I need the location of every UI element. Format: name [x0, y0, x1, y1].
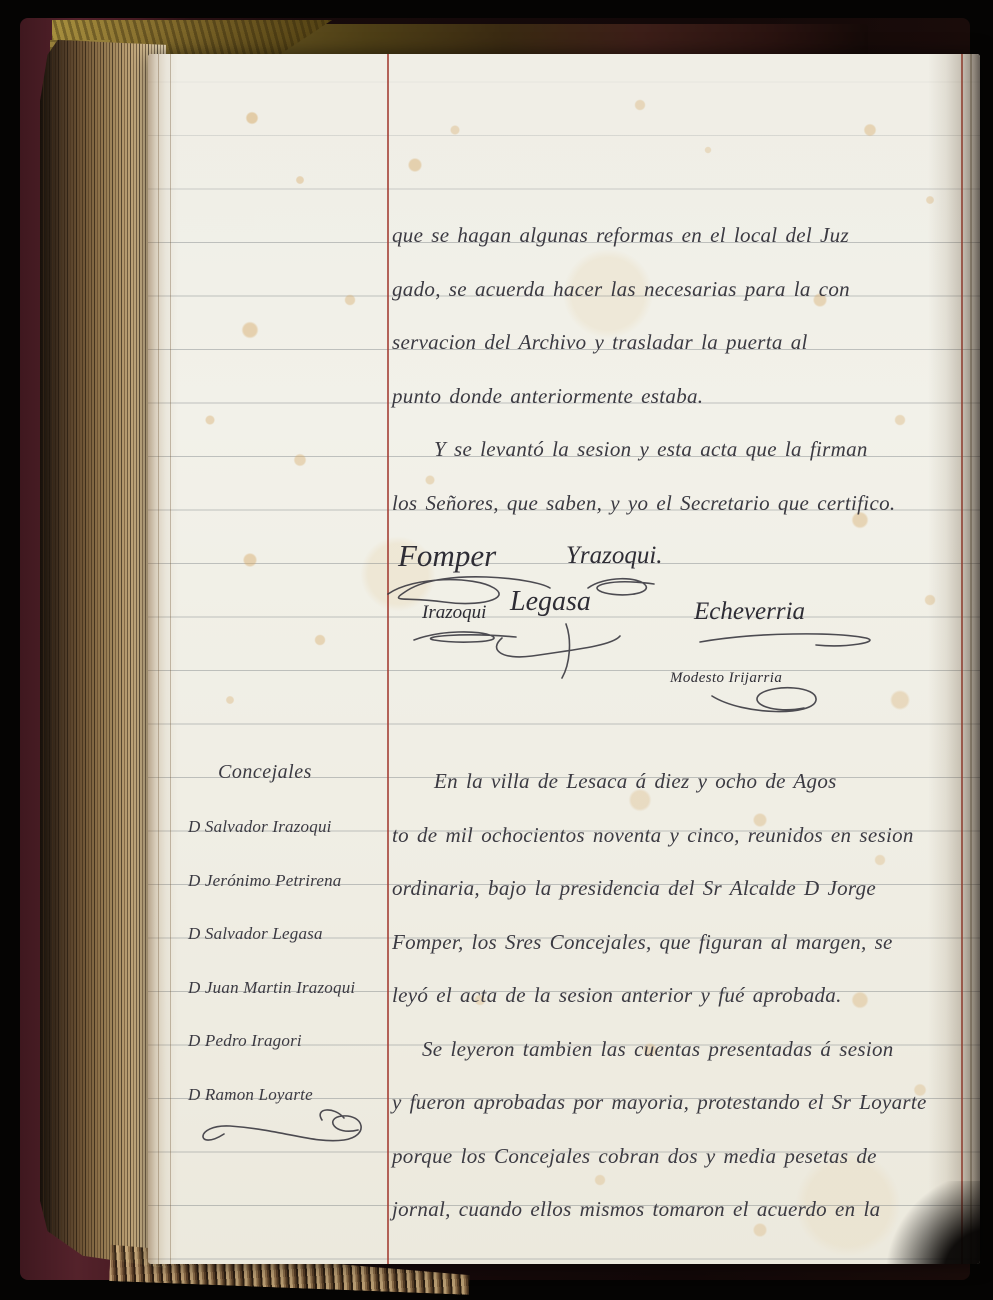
manuscript-line: jornal, cuando ellos mismos tomaron el a… [392, 1183, 927, 1237]
signature-echeverria: Echeverria [694, 598, 805, 626]
manuscript-line: Fomper, los Sres Concejales, que figuran… [392, 916, 927, 970]
manuscript-line: gado, se acuerda hacer las necesarias pa… [392, 263, 850, 317]
photograph-of-manuscript-book: { "manuscript": { "language": "es", "clo… [0, 0, 993, 1300]
manuscript-line: leyó el acta de la sesion anterior y fué… [392, 969, 927, 1023]
signature-flourish [492, 620, 632, 680]
councillor-name: D Salvador Legasa [188, 907, 355, 961]
signature-flourish [696, 630, 886, 652]
manuscript-page: que se hagan algunas reformas en el loca… [148, 54, 980, 1264]
manuscript-line: Se leyeron tambien las cuentas presentad… [392, 1023, 927, 1077]
closing-paragraph: que se hagan algunas reformas en el loca… [392, 209, 850, 423]
councillor-name: D Ramon Loyarte [188, 1068, 355, 1122]
manuscript-line: los Señores, que saben, y yo el Secretar… [392, 477, 895, 531]
underpage-edge-line [158, 54, 159, 1264]
session-paragraph: En la villa de Lesaca á diez y ocho de A… [392, 755, 927, 1237]
signature-legasa: Legasa [510, 586, 591, 618]
manuscript-line: En la villa de Lesaca á diez y ocho de A… [392, 755, 927, 809]
signature-flourish [580, 574, 660, 600]
councillor-name: D Jerónimo Petrirena [188, 854, 355, 908]
secretary-note: Modesto Irijarria [670, 670, 782, 687]
underpage-edge-line [170, 54, 171, 1264]
gutter-crease [970, 54, 972, 1264]
red-margin-rule-left [387, 54, 389, 1264]
gutter-shadow [928, 54, 980, 1264]
manuscript-line: porque los Concejales cobran dos y media… [392, 1130, 927, 1184]
margin-councillor-list: D Salvador Irazoqui D Jerónimo Petrirena… [188, 800, 355, 1121]
page-left-edge-browning [148, 54, 178, 1264]
secretary-note-flourish [704, 682, 824, 722]
signature-fomper: Fomper [398, 538, 496, 574]
signature-yrazoqui: Yrazoqui. [566, 542, 663, 570]
manuscript-line: y fueron aprobadas por mayoria, protesta… [392, 1076, 927, 1130]
councillor-name: D Pedro Iragori [188, 1014, 355, 1068]
adjournment-paragraph: Y se levantó la sesion y esta acta que l… [392, 423, 895, 530]
manuscript-line: punto donde anteriormente estaba. [392, 370, 850, 424]
margin-header-concejales: Concejales [218, 761, 312, 784]
signature-irazoqui: Irazoqui [422, 602, 486, 624]
manuscript-line: to de mil ochocientos noventa y cinco, r… [392, 809, 927, 863]
manuscript-line: ordinaria, bajo la presidencia del Sr Al… [392, 862, 927, 916]
signature-flourish [410, 628, 520, 646]
councillor-name: D Salvador Irazoqui [188, 800, 355, 854]
manuscript-line: servacion del Archivo y trasladar la pue… [392, 316, 850, 370]
red-margin-rule-right [961, 54, 963, 1264]
ruled-lines-fade [148, 54, 980, 234]
manuscript-line: que se hagan algunas reformas en el loca… [392, 209, 850, 263]
manuscript-line: Y se levantó la sesion y esta acta que l… [392, 423, 895, 477]
councillor-name: D Juan Martin Irazoqui [188, 961, 355, 1015]
